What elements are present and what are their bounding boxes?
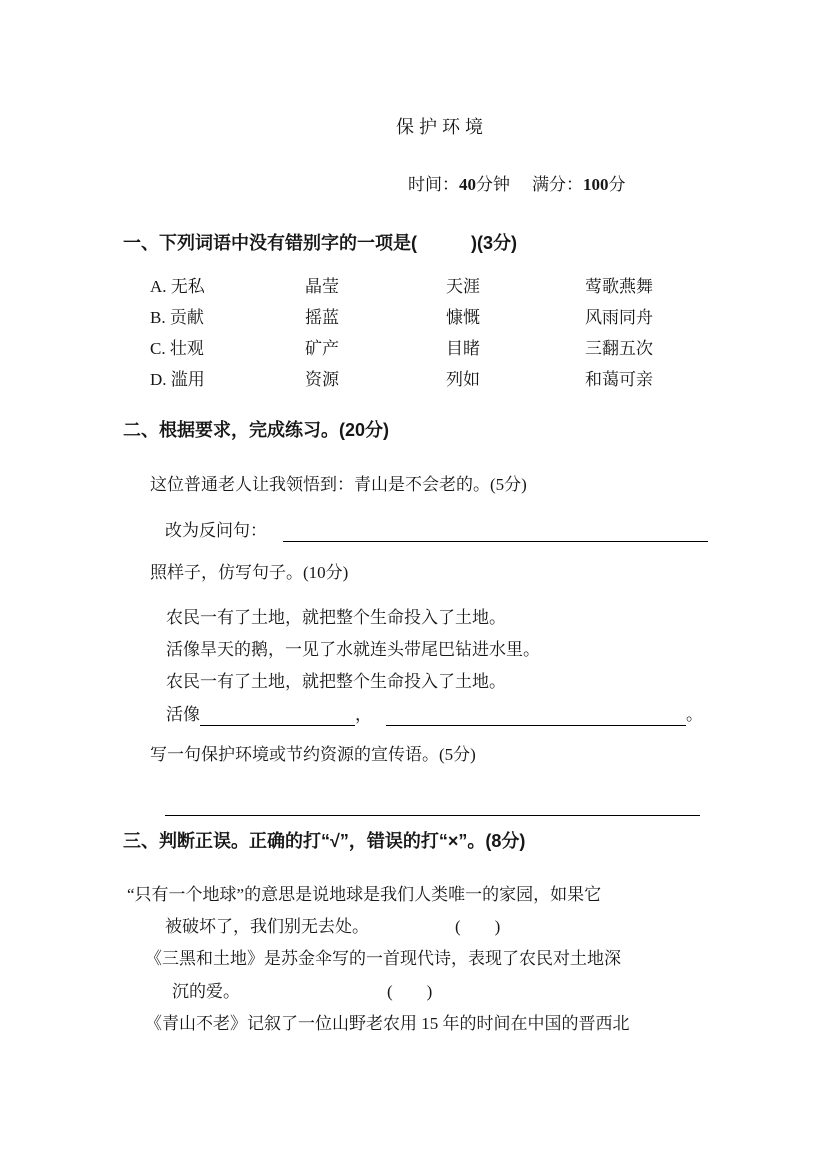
rewrite-label: 改为反问句： xyxy=(165,520,267,542)
option-d-word2: 资源 xyxy=(305,364,446,395)
example-sentence-repeat: 农民一有了土地，就把整个生命投入了土地。 xyxy=(166,671,506,693)
exam-paper-page: 保护环境 时间：40分钟满分：100分 一、下列词语中没有错别字的一项是( )(… xyxy=(0,0,826,1169)
exam-meta: 时间：40分钟满分：100分 xyxy=(408,174,626,196)
option-a-word2: 晶莹 xyxy=(305,271,446,302)
option-b-word2: 摇蓝 xyxy=(305,302,446,333)
option-c-word1: 壮观 xyxy=(170,339,204,358)
option-c-word3: 目睹 xyxy=(446,333,585,364)
slogan-answer-blank-line xyxy=(165,815,700,816)
page-title: 保护环境 xyxy=(396,116,488,138)
judgment-statement2-line2: 沉的爱。 ( ) xyxy=(172,981,502,1003)
judgment-statement3-line1: 《青山不老》记叙了一位山野老农用 15 年的时间在中国的晋西北 xyxy=(145,1013,630,1035)
judgment-statement1-answer-brackets: ( ) xyxy=(455,916,500,938)
option-a-word1: 无私 xyxy=(171,277,205,296)
judgment-statement1-text: 被破坏了，我们别无去处。 xyxy=(165,917,369,936)
judgment-statement2-line1: 《三黑和土地》是苏金伞写的一首现代诗，表现了农民对土地深 xyxy=(145,948,621,970)
imitate-prompt: 照样子，仿写句子。(10分) xyxy=(150,562,348,584)
rewrite-question-row: 改为反问句： xyxy=(165,520,708,542)
word-options-grid: A. 无私 晶莹 天涯 莺歌燕舞 B. 贡献 摇蓝 慷慨 风雨同舟 C. 壮观 … xyxy=(150,271,710,395)
judgment-statement1-line2: 被破坏了，我们别无去处。 ( ) xyxy=(165,916,595,938)
option-c-label-word: C. 壮观 xyxy=(150,333,305,364)
fill-prefix: 活像 xyxy=(166,704,200,726)
score-unit: 分 xyxy=(609,175,626,194)
score-value: 100 xyxy=(583,175,609,194)
fill-period: 。 xyxy=(686,704,703,726)
time-value: 40 xyxy=(459,175,476,194)
option-b-label: B. xyxy=(150,308,166,327)
fill-comma: ， xyxy=(355,704,372,726)
sentence-prompt: 这位普通老人让我领悟到：青山是不会老的。(5分) xyxy=(150,474,527,496)
judgment-statement2-text: 沉的爱。 xyxy=(172,982,240,1001)
option-d-word3: 列如 xyxy=(446,364,585,395)
example-sentence-1: 农民一有了土地，就把整个生命投入了土地。 xyxy=(166,607,506,629)
option-a-label-word: A. 无私 xyxy=(150,271,305,302)
option-d-word1: 滥用 xyxy=(171,370,205,389)
option-a-word4: 莺歌燕舞 xyxy=(585,271,710,302)
slogan-prompt: 写一句保护环境或节约资源的宣传语。(5分) xyxy=(150,744,476,766)
judgment-statement1-line1: “只有一个地球”的意思是说地球是我们人类唯一的家园，如果它 xyxy=(127,884,601,906)
fill-blank-line-1 xyxy=(200,704,355,726)
section2-heading: 二、根据要求，完成练习。(20分) xyxy=(123,418,389,442)
section3-heading: 三、判断正误。正确的打“√”，错误的打“×”。(8分) xyxy=(123,829,525,853)
judgment-statement2-answer-brackets: ( ) xyxy=(387,981,432,1003)
option-a-label: A. xyxy=(150,277,167,296)
option-d-label: D. xyxy=(150,370,167,389)
option-c-word2: 矿产 xyxy=(305,333,446,364)
section1-heading: 一、下列词语中没有错别字的一项是( )(3分) xyxy=(123,231,517,255)
fill-blank-line-2 xyxy=(386,704,686,726)
option-d-word4: 和蔼可亲 xyxy=(585,364,710,395)
option-b-word3: 慷慨 xyxy=(446,302,585,333)
fill-in-sentence-row: 活像 ， 。 xyxy=(166,704,703,726)
option-b-word4: 风雨同舟 xyxy=(585,302,710,333)
option-d-label-word: D. 滥用 xyxy=(150,364,305,395)
option-b-label-word: B. 贡献 xyxy=(150,302,305,333)
time-unit: 分钟 xyxy=(476,175,510,194)
option-c-label: C. xyxy=(150,339,166,358)
option-a-word3: 天涯 xyxy=(446,271,585,302)
example-sentence-2: 活像旱天的鹅，一见了水就连头带尾巴钻进水里。 xyxy=(166,639,540,661)
option-b-word1: 贡献 xyxy=(170,308,204,327)
time-label: 时间： xyxy=(408,175,459,194)
option-c-word4: 三翻五次 xyxy=(585,333,710,364)
rewrite-answer-blank-line xyxy=(283,520,708,542)
score-label: 满分： xyxy=(532,175,583,194)
